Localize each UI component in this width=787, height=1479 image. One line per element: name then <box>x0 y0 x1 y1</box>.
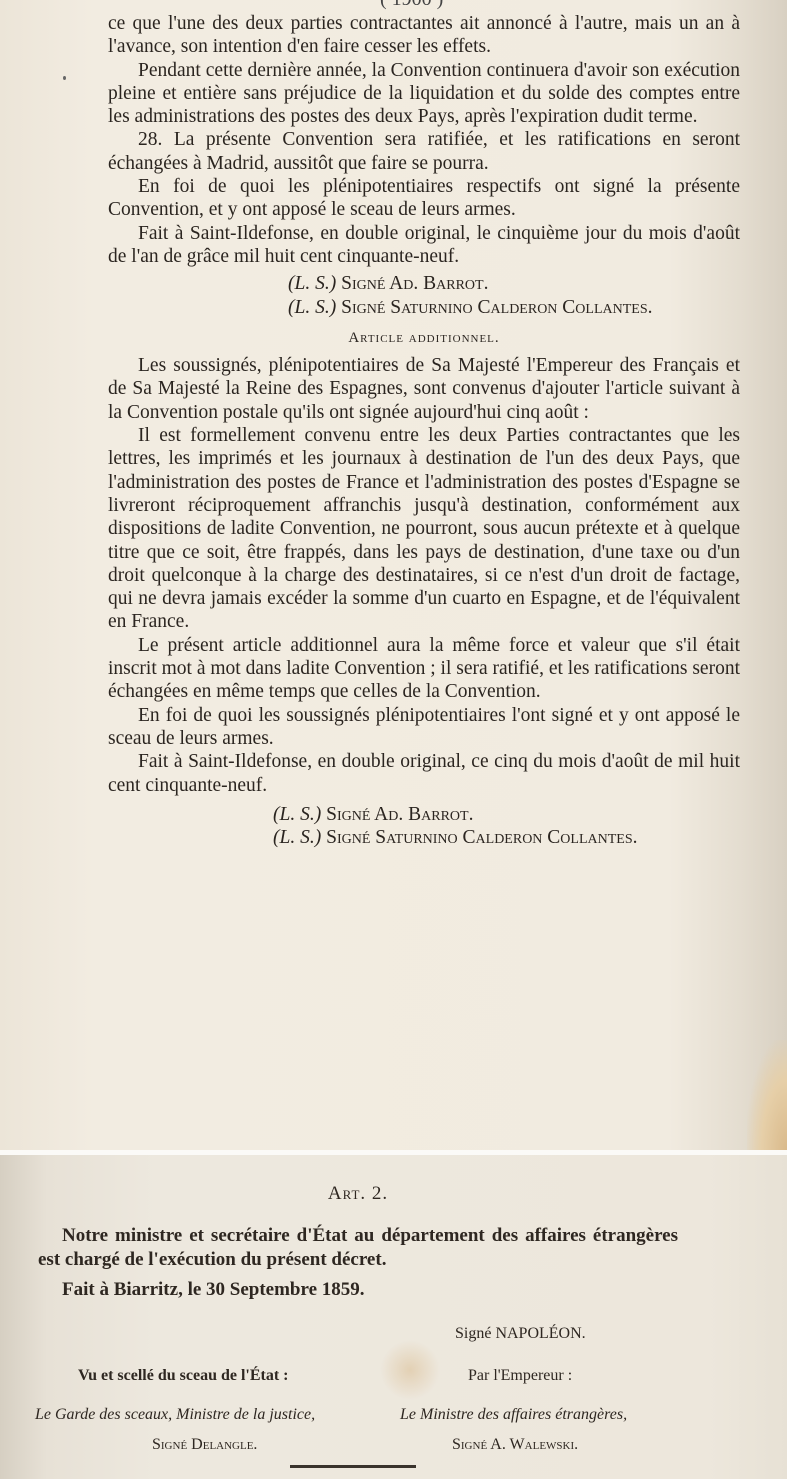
decree-article-2: Art. 2. Notre ministre et secrétaire d'É… <box>38 1182 678 1302</box>
signature-text: Signé Saturnino Calderon Collantes. <box>326 827 637 848</box>
running-head-page-number: ( 1900 ) <box>380 0 443 11</box>
signature-barrot-additional: (L. S.) Signé Ad. Barrot. <box>108 803 740 826</box>
paragraph-soussignes: Les soussignés, plénipotentiaires de Sa … <box>108 354 740 424</box>
signature-text: Signé Ad. Barrot. <box>341 273 488 294</box>
ink-speck <box>63 76 66 80</box>
par-l-empereur: Par l'Empereur : <box>468 1367 572 1385</box>
seal-mark: (L. S.) <box>273 827 321 848</box>
additional-article-heading: Article additionnel. <box>108 327 740 350</box>
closing-rule <box>290 1465 416 1468</box>
title-garde-des-sceaux: Le Garde des sceaux, Ministre de la just… <box>35 1406 315 1424</box>
paragraph-formellement-convenu: Il est formellement convenu entre les de… <box>108 424 740 634</box>
paragraph-fait-a: Fait à Saint-Ildefonse, en double origin… <box>108 222 740 269</box>
article-2-title: Art. 2. <box>38 1182 678 1206</box>
signature-calderon-additional: (L. S.) Signé Saturnino Calderon Collant… <box>108 826 740 849</box>
seal-mark: (L. S.) <box>288 297 336 318</box>
signature-text: Signé Saturnino Calderon Collantes. <box>341 297 652 318</box>
signature-delangle: Signé Delangle. <box>152 1436 257 1454</box>
seal-mark: (L. S.) <box>288 273 336 294</box>
paper-stain <box>380 1340 440 1400</box>
paragraph-continuation: ce que l'une des deux parties contractan… <box>108 12 740 59</box>
paragraph-ministre-charge: Notre ministre et secrétaire d'État au d… <box>38 1224 678 1272</box>
paragraph-final-year: Pendant cette dernière année, la Convent… <box>108 59 740 129</box>
paragraph-article-28: 28. La présente Convention sera ratifiée… <box>108 128 740 175</box>
title-ministre-affaires-etrangeres: Le Ministre des affaires étrangères, <box>400 1406 627 1424</box>
signature-barrot: (L. S.) Signé Ad. Barrot. <box>108 272 740 295</box>
paragraph-fait-a-additional: Fait à Saint-Ildefonse, en double origin… <box>108 750 740 797</box>
signature-text: Signé Ad. Barrot. <box>326 804 473 825</box>
paragraph-fait-a-biarritz: Fait à Biarritz, le 30 Septembre 1859. <box>38 1278 678 1302</box>
signature-calderon: (L. S.) Signé Saturnino Calderon Collant… <box>108 296 740 319</box>
paragraph-en-foi-additional: En foi de quoi les soussignés plénipoten… <box>108 704 740 751</box>
scanned-page-upper: ( 1900 ) ce que l'une des deux parties c… <box>0 0 787 1152</box>
paragraph-en-foi: En foi de quoi les plénipotentiaires res… <box>108 175 740 222</box>
signature-napoleon: Signé NAPOLÉON. <box>455 1325 586 1343</box>
convention-closing-text: ce que l'une des deux parties contractan… <box>108 12 740 849</box>
paragraph-present-article: Le présent article additionnel aura la m… <box>108 634 740 704</box>
seal-attestation: Vu et scellé du sceau de l'État : <box>78 1367 289 1385</box>
seal-mark: (L. S.) <box>273 804 321 825</box>
signature-walewski: Signé A. Walewski. <box>452 1436 578 1454</box>
